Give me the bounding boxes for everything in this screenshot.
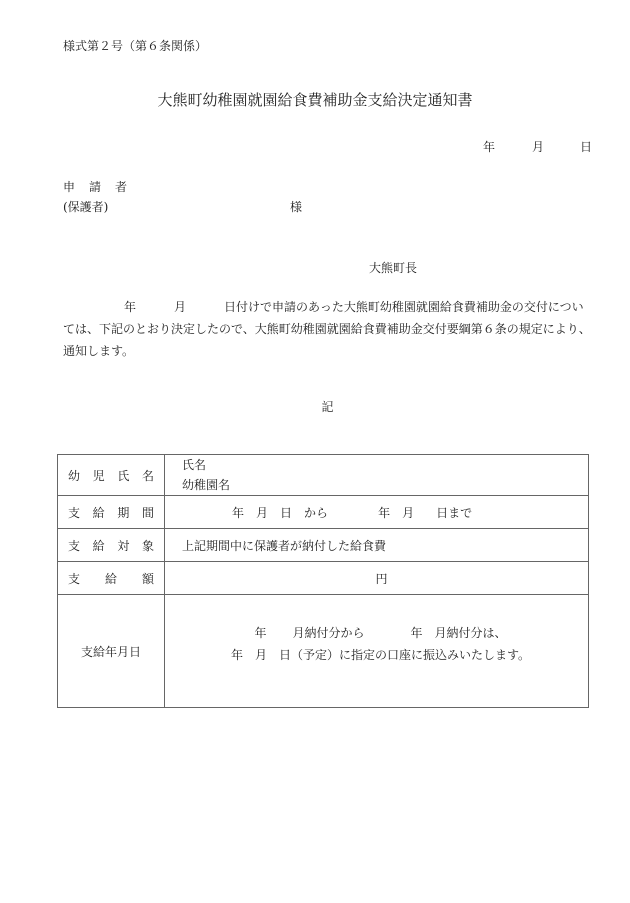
table-row-target: 支 給 対 象 上記期間中に保護者が納付した給食費 <box>58 529 589 562</box>
yen-unit: 円 <box>375 572 387 586</box>
value-period: 年月日から年月日まで <box>165 496 589 529</box>
issuer-name: 大熊町長 <box>369 259 417 276</box>
table-row-amount: 支 給 額 円 <box>58 562 589 595</box>
decision-table: 幼 児 氏 名 氏名 幼稚園名 支 給 期 間 年月日から年月日まで 支 <box>57 454 589 708</box>
body-line-2: ては、下記のとおり決定したので、大熊町幼稚園就園給食費補助金交付要綱第６条の規定… <box>63 318 593 340</box>
notice-body: 年 月 日付けで申請のあった大熊町幼稚園就園給食費補助金の交付につい ては、下記… <box>63 296 593 362</box>
honorific-sama: 様 <box>290 198 302 215</box>
payment-line-1: 年月納付分から年月納付分は、 <box>165 622 588 644</box>
body-line-3: 通知します。 <box>63 340 593 362</box>
date-day-field: 日 <box>580 138 592 155</box>
payment-line-2: 年月日（予定）に指定の口座に振込みいたします。 <box>165 644 588 666</box>
label-child-name: 幼 児 氏 名 <box>58 455 165 496</box>
label-amount: 支 給 額 <box>58 562 165 595</box>
table-row-child-name: 幼 児 氏 名 氏名 幼稚園名 <box>58 455 589 496</box>
date-month-field: 月 <box>532 138 544 155</box>
table-row-payment-date: 支給年月日 年月納付分から年月納付分は、 年月日（予定）に指定の口座に振込みいた… <box>58 595 589 708</box>
child-name-field: 氏名 <box>182 455 588 475</box>
body-line-1: 年 月 日付けで申請のあった大熊町幼稚園就園給食費補助金の交付につい <box>63 296 593 318</box>
form-number: 様式第２号（第６条関係） <box>63 37 207 54</box>
label-payment-date: 支給年月日 <box>58 595 165 708</box>
document-title: 大熊町幼稚園就園給食費補助金支給決定通知書 <box>0 89 630 110</box>
guardian-label: (保護者) <box>63 198 108 215</box>
kindergarten-name-field: 幼稚園名 <box>182 475 588 495</box>
label-period: 支 給 期 間 <box>58 496 165 529</box>
label-target: 支 給 対 象 <box>58 529 165 562</box>
ki-heading: 記 <box>0 398 630 415</box>
table-row-period: 支 給 期 間 年月日から年月日まで <box>58 496 589 529</box>
applicant-label: 申請者 <box>63 178 133 195</box>
value-amount: 円 <box>165 562 589 595</box>
value-target: 上記期間中に保護者が納付した給食費 <box>165 529 589 562</box>
date-year-field: 年 <box>483 138 495 155</box>
value-child-name: 氏名 幼稚園名 <box>165 455 589 496</box>
value-payment-date: 年月納付分から年月納付分は、 年月日（予定）に指定の口座に振込みいたします。 <box>165 595 589 708</box>
